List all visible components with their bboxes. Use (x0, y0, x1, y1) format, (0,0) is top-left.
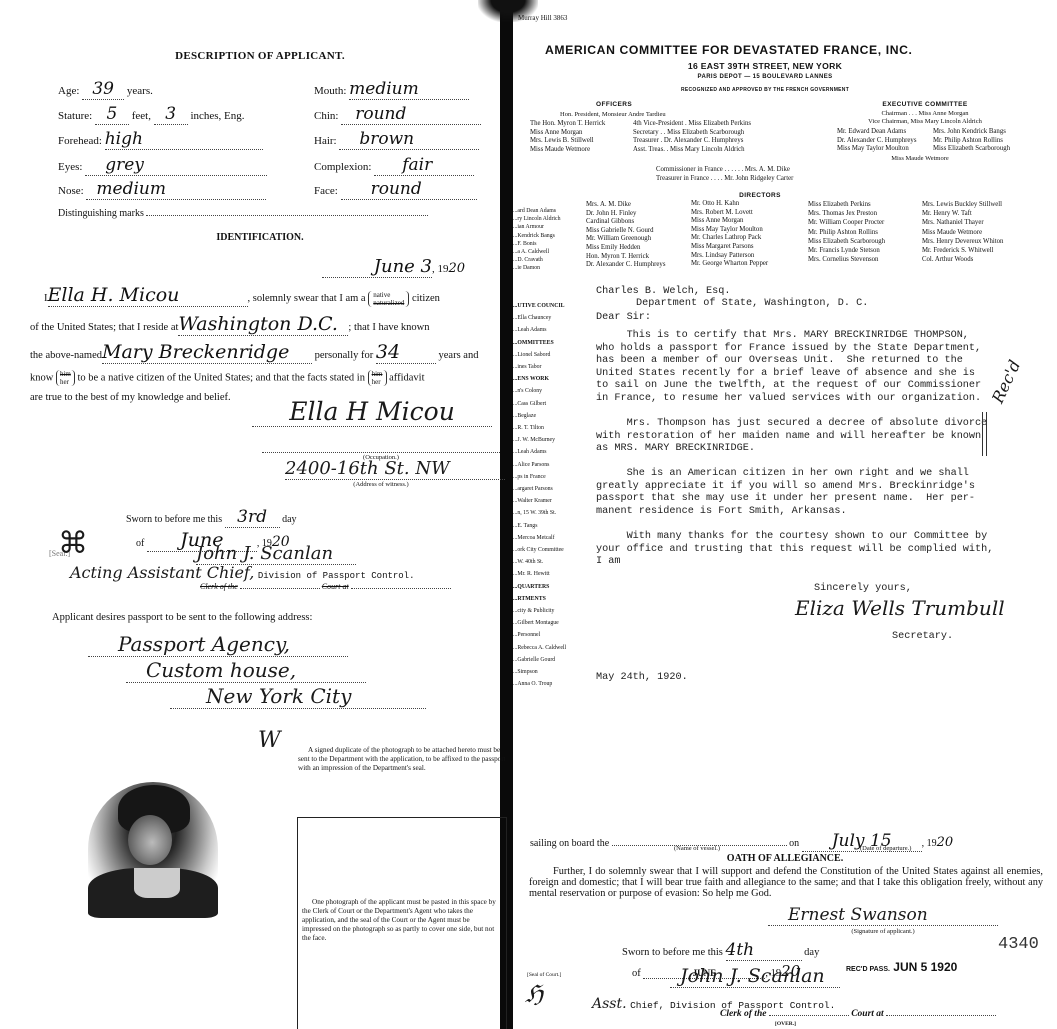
inches-label: inches, Eng. (190, 110, 244, 122)
directors-col-2: Mr. Otto H. Kahn Mrs. Robert M. Lovett M… (691, 200, 768, 269)
executive-member: Mr. Edward Dean Adams (837, 128, 916, 137)
description-title: DESCRIPTION OF APPLICANT. (40, 50, 480, 62)
departure-label: (Date of departure.) (860, 845, 911, 852)
oath-of-label: of (632, 968, 641, 979)
address-line-2: Custom house, (126, 658, 366, 683)
address-line-1: Passport Agency, (88, 632, 348, 657)
file-number: 4340 (998, 935, 1039, 954)
seal-initials: ℌ (525, 980, 543, 1008)
on-label: on (789, 838, 799, 849)
director-item: Cardinal Gibbons (586, 218, 665, 227)
letter-paragraph-3: She is an American citizen in her own ri… (596, 468, 975, 518)
identification-line-2: of the United States; that I reside atWa… (30, 313, 429, 336)
sidebar-heading: ...UTIVE COUNCIL (513, 300, 568, 312)
oath-sworn-text: Sworn to before me this (622, 947, 723, 958)
director-item: Mr. Frederick S. Whitwell (922, 246, 1003, 255)
director-item: Mrs. Nathaniel Thayer (922, 218, 1003, 227)
org-address: 16 EAST 39TH STREET, NEW YORK (540, 61, 990, 71)
sailing-text: sailing on board the (530, 838, 609, 849)
partial-name: ...ie Damon (513, 264, 563, 272)
director-item: Mr. Otto H. Kahn (691, 200, 768, 209)
officer-item: Mrs. Lewis B. Stillwell (530, 137, 605, 146)
commissioner-in-france: Commissioner in France . . . . . . Mrs. … (656, 166, 793, 175)
oath-court-at-label: Court at (851, 1009, 883, 1019)
sidebar-item: ...Beglaze (513, 410, 568, 422)
director-item: Miss Elizabeth Scarborough (808, 237, 885, 246)
photo-box-note: One photograph of the applicant must be … (302, 898, 498, 943)
witness-name: Ella H. Micou (48, 284, 248, 307)
director-item: Miss Emily Hedden (586, 244, 665, 253)
applicant-name: Mary Breckenridge (102, 341, 312, 364)
native-citizen-text: to be a native citizen of the United Sta… (77, 372, 365, 383)
officers-title: OFFICERS (596, 101, 632, 108)
partial-name: ...ard Dean Adams (513, 207, 563, 215)
directors-title: DIRECTORS (700, 192, 820, 199)
sidebar-heading: ...ENS WORK (513, 373, 568, 385)
officer-item: Asst. Treas. . Miss Mary Lincoln Aldrich (633, 146, 751, 155)
letter-signature: Eliza Wells Trumbull (795, 596, 1005, 620)
chin-label: Chin: (314, 110, 338, 122)
director-item: Mr. Philip Ashton Rollins (808, 228, 885, 237)
letter-addressee: Charles B. Welch, Esq. (596, 286, 731, 299)
age-value: 39 (82, 79, 124, 100)
officer-item: Treasurer . Dr. Alexander C. Humphreys (633, 137, 751, 146)
letter-paragraph-2: Mrs. Thompson has just secured a decree … (596, 418, 987, 456)
sidebar-item: ...Cass Gilbert (513, 398, 568, 410)
asst-label: Asst. (592, 996, 627, 1012)
her-option: her (60, 378, 69, 386)
mouth-label: Mouth: (314, 85, 346, 97)
officer-item: Secretary . . Miss Elizabeth Scarborough (633, 129, 751, 138)
age-suffix: years. (127, 85, 153, 97)
personally-for-label: personally for (315, 350, 374, 361)
photo-face (128, 815, 172, 865)
stature-inches-value: 3 (154, 104, 188, 125)
director-item: Miss Gabrielle N. Gourd (586, 227, 665, 236)
oath-clerk-label: Clerk of the (720, 1009, 766, 1019)
applicant-signature-label: (Signature of applicant.) (768, 928, 998, 935)
treasurer-in-france: Treasurer in France . . . . Mr. John Rid… (656, 175, 793, 184)
letter-paragraph-4: With many thanks for the courtesy shown … (596, 531, 993, 569)
sidebar-item: ...ps in France (513, 471, 568, 483)
sidebar-item: ...J. W. McBurney (513, 434, 568, 446)
executive-right-list: Mrs. John Kendrick Bangs Mr. Philip Asht… (933, 128, 1010, 154)
director-item: Dr. John H. Finley (586, 210, 665, 219)
official-title-handwritten: Acting Assistant Chief, (70, 563, 254, 582)
director-item: Mr. William Greenough (586, 235, 665, 244)
mouth-field: Mouth: medium (314, 79, 469, 100)
partial-name: ...Kendrick Bangs (513, 232, 563, 240)
chin-value: round (341, 104, 481, 125)
identification-line-4: know himher to be a native citizen of th… (30, 370, 425, 386)
recognized-line: RECOGNIZED AND APPROVED BY THE FRENCH GO… (540, 87, 990, 93)
director-item: Miss Anne Morgan (691, 217, 768, 226)
committee-sidebar: ...UTIVE COUNCIL ...Ella Chauncey ...Lea… (513, 300, 568, 691)
complexion-label: Complexion: (314, 161, 371, 173)
executive-committee-title: EXECUTIVE COMMITTEE (820, 101, 1030, 108)
director-item: Mrs. Robert M. Lovett (691, 209, 768, 218)
feet-label: feet, (132, 110, 151, 122)
oath-clerk-court (769, 1015, 849, 1016)
identification-date-value: June 3 (322, 256, 432, 278)
age-field: Age: 39 years. (58, 79, 153, 100)
executive-member: Miss Elizabeth Scarborough (933, 145, 1010, 154)
sidebar-item: ...ines Tabor (513, 361, 568, 373)
court-location (351, 588, 451, 589)
executive-last-member: Miss Maude Wetmore (820, 155, 1020, 162)
oath-seal-label: [Seal of Court.] (527, 972, 561, 978)
executive-vice-chairman: Vice Chairman, Miss Mary Lincoln Aldrich (820, 118, 1030, 125)
forehead-value: high (105, 129, 263, 150)
day-label: day (282, 514, 296, 525)
of-label: of (136, 538, 144, 549)
nose-field: Nose: medium (58, 179, 266, 200)
sidebar-item: ...city & Publicity (513, 605, 568, 617)
officers-right-list: 4th Vice-President . Miss Elizabeth Perk… (633, 120, 751, 154)
oath-day-label: day (804, 947, 819, 958)
sidebar-item: ...Leah Adams (513, 324, 568, 336)
forehead-label: Forehead: (58, 135, 102, 147)
director-item: Col. Arthur Woods (922, 255, 1003, 264)
chin-field: Chin: round (314, 104, 481, 125)
hair-field: Hair: brown (314, 129, 479, 150)
above-named-label: the above-named (30, 350, 102, 361)
court-at-label: Court at (322, 582, 349, 591)
handwritten-initial: W (258, 728, 281, 753)
nose-label: Nose: (58, 185, 84, 197)
sidebar-item: ...Rebecca A. Caldwell (513, 642, 568, 654)
partial-name: ...ian Armour (513, 223, 563, 231)
paris-depot: PARIS DEPOT — 15 BOULEVARD LANNES (540, 74, 990, 80)
stamp-prefix: REC'D PASS. (846, 966, 890, 973)
identification-line-1: IElla H. Micou, solemnly swear that I am… (44, 284, 440, 307)
official-title-row: Acting Assistant Chief, Division of Pass… (70, 563, 415, 582)
director-item: Miss May Taylor Moulton (691, 226, 768, 235)
sidebar-item: ...ork City Committee (513, 544, 568, 556)
officer-item: 4th Vice-President . Miss Elizabeth Perk… (633, 120, 751, 129)
phone-number: Murray Hill 3863 (518, 14, 567, 22)
director-item: Mr. George Wharton Pepper (691, 260, 768, 269)
face-value: round (341, 179, 477, 200)
distinguishing-marks-value (146, 215, 428, 216)
sidebar-item: ...n's Colony (513, 385, 568, 397)
clerk-row: Clerk of the Court at (200, 582, 451, 591)
director-item: Mrs. Lindsay Patterson (691, 252, 768, 261)
sidebar-item: ...E. Tangs (513, 520, 568, 532)
age-label: Age: (58, 85, 79, 97)
executive-member: Miss May Taylor Moulton (837, 145, 916, 154)
sidebar-heading: ...RTMENTS (513, 593, 568, 605)
director-item: Mrs. Lewis Buckley Stillwell (922, 200, 1003, 209)
occupation-line (262, 452, 500, 453)
hon-president: Hon. President, Monsieur Andre Tardieu (560, 111, 666, 118)
sidebar-heading: ...OMMITTEES (513, 337, 568, 349)
margin-note: Rec'd (988, 357, 1024, 406)
sidebar-item: ...Simpson (513, 666, 568, 678)
director-item: Mrs. Cornelius Stevenson (808, 255, 885, 264)
photo-duplicate-note: A signed duplicate of the photograph to … (298, 746, 508, 773)
partial-name: ...D. Cravath (513, 256, 563, 264)
officer-item: The Hon. Myron T. Herrick (530, 120, 605, 129)
swear-text: , solemnly swear that I am a (248, 293, 366, 304)
identification-line-5: are true to the best of my knowledge and… (30, 392, 231, 403)
official-signature: John J. Scanlan (196, 543, 356, 565)
affidavit-him-her-choice: himher (368, 370, 387, 386)
oath-sworn-day-row: Sworn to before me this 4th day (622, 940, 819, 961)
officers-france: Commissioner in France . . . . . . Mrs. … (656, 166, 793, 183)
letter-closing: Sincerely yours, (814, 583, 912, 596)
sidebar-item: ...Ella Chauncey (513, 312, 568, 324)
citizen-label: citizen (412, 293, 440, 304)
identification-line-3: the above-namedMary Breckenridge persona… (30, 341, 478, 364)
face-field: Face: round (314, 179, 477, 200)
org-name: AMERICAN COMMITTEE FOR DEVASTATED FRANCE… (545, 43, 912, 57)
sidebar-item: ...Lionel Sabord (513, 349, 568, 361)
sworn-day-row: Sworn to before me this 3rd day (126, 507, 297, 528)
applicant-signature: Ernest Swanson (768, 905, 998, 926)
nose-value: medium (86, 179, 266, 200)
sidebar-item: ...n, 15 W. 39th St. (513, 507, 568, 519)
address-label: Applicant desires passport to be sent to… (52, 612, 312, 623)
director-item: Mr. Francis Lynde Stetson (808, 246, 885, 255)
identification-date: June 3, 1920 (322, 256, 465, 278)
clerk-of-the-label: Clerk of the (200, 582, 238, 591)
affidavit-label: affidavit (389, 372, 424, 383)
sidebar-item: ...Gilbert Montague (513, 617, 568, 629)
officer-item: Miss Anne Morgan (530, 129, 605, 138)
oath-title: OATH OF ALLEGIANCE. (520, 853, 1050, 864)
division-label: Division of Passport Control. (258, 571, 415, 581)
have-known-label: ; that I have known (348, 322, 429, 333)
partial-name: ...F. Bonis (513, 240, 563, 248)
face-label: Face: (314, 185, 338, 197)
letter-department: Department of State, Washington, D. C. (636, 298, 868, 311)
margin-brackets (982, 412, 987, 456)
departure-year: 20 (937, 835, 954, 850)
director-item: Mr. Henry W. Taft (922, 209, 1003, 218)
distinguishing-marks-field: Distinguishing marks (58, 208, 428, 219)
sidebar-item: ...Leah Adams (513, 446, 568, 458)
directors-col-1: Mrs. A. M. Dike Dr. John H. Finley Cardi… (586, 201, 665, 270)
hair-label: Hair: (314, 135, 337, 147)
sidebar-item: ...Mercoa Metcalf (513, 532, 568, 544)
clerk-court-name (240, 588, 320, 589)
directors-col-4: Mrs. Lewis Buckley Stillwell Mr. Henry W… (922, 200, 1003, 264)
executive-chairman: Chairman . . . Miss Anne Morgan (820, 110, 1030, 117)
forehead-field: Forehead: high (58, 129, 263, 150)
directors-col-3: Miss Elizabeth Perkins Mrs. Thomas Jex P… (808, 200, 885, 264)
oath-clerk-row: Clerk of the Court at (720, 1009, 996, 1019)
sidebar-item: ...argaret Parsons (513, 483, 568, 495)
executive-member: Mr. Philip Ashton Rollins (933, 137, 1010, 146)
director-item: Mr. Charles Lathrop Pack (691, 234, 768, 243)
identification-year: 20 (449, 261, 466, 276)
stature-feet-value: 5 (95, 104, 129, 125)
director-item: Mrs. A. M. Dike (586, 201, 665, 210)
directors-left-partial: ...ard Dean Adams ...ry Lincoln Aldrich … (513, 207, 563, 273)
identification-title: IDENTIFICATION. (40, 232, 480, 243)
her-option: her (372, 378, 381, 386)
know-label: know (30, 372, 53, 383)
executive-left-list: Mr. Edward Dean Adams Dr. Alexander C. H… (837, 128, 916, 154)
witness-residence: Washington D.C. (178, 313, 348, 336)
years-and-label: years and (439, 350, 479, 361)
photo-neckline (134, 868, 180, 898)
director-item: Mrs. Henry Devereux Whiton (922, 237, 1003, 246)
stature-label: Stature: (58, 110, 92, 122)
sidebar-item: ...Walter Kramer (513, 495, 568, 507)
year-prefix: , 19 (432, 263, 449, 275)
stature-field: Stature: 5 feet, 3 inches, Eng. (58, 104, 245, 125)
sidebar-item: ...Mr. R. Hewitt (513, 568, 568, 580)
eyes-label: Eyes: (58, 161, 82, 173)
him-option: him (372, 370, 383, 378)
oath-day-value: 4th (726, 940, 802, 961)
mouth-value: medium (349, 79, 469, 100)
partial-name: ...a A. Caldwell (513, 248, 563, 256)
letter-signer-title: Secretary. (892, 631, 953, 644)
citizenship-choice: nativenaturalized (368, 291, 409, 307)
naturalized-option: naturalized (373, 299, 404, 307)
sidebar-item: ...Anna O. Troup (513, 678, 568, 690)
him-option: him (60, 370, 71, 378)
director-item: Hon. Myron T. Herrick (586, 253, 665, 262)
letter-salutation: Dear Sir: (596, 312, 651, 325)
sidebar-item: ...Personnel (513, 629, 568, 641)
complexion-value: fair (374, 155, 474, 176)
sidebar-item: ...W. 40th St. (513, 556, 568, 568)
distinguishing-marks-label: Distinguishing marks (58, 208, 144, 219)
director-item: Mr. William Cooper Procter (808, 218, 885, 227)
sworn-day-value: 3rd (225, 507, 280, 528)
vessel-label: (Name of vessel.) (674, 845, 720, 852)
officers-left-list: The Hon. Myron T. Herrick Miss Anne Morg… (530, 120, 605, 154)
executive-member: Mrs. John Kendrick Bangs (933, 128, 1010, 137)
sidebar-item: ...R. T. Tilton (513, 422, 568, 434)
director-item: Mrs. Thomas Jex Preston (808, 209, 885, 218)
native-option: native (373, 291, 390, 299)
stamp-date: JUN 5 1920 (893, 960, 957, 974)
letter-paragraph-1: This is to certify that Mrs. MARY BRECKI… (596, 330, 981, 405)
eyes-value: grey (85, 155, 267, 176)
executive-member: Dr. Alexander C. Humphreys (837, 137, 916, 146)
eyes-field: Eyes: grey (58, 155, 267, 176)
address-line-3: New York City (170, 684, 426, 709)
hair-value: brown (339, 129, 479, 150)
over-label: [OVER.] (775, 1021, 796, 1027)
officer-item: Miss Maude Wetmore (530, 146, 605, 155)
him-her-choice: himher (56, 370, 75, 386)
partial-name: ...ry Lincoln Aldrich (513, 215, 563, 223)
director-item: Miss Elizabeth Perkins (808, 200, 885, 209)
complexion-field: Complexion: fair (314, 155, 474, 176)
sidebar-item: ...Gabrielle Gourd (513, 654, 568, 666)
oath-official-signature: John J. Scanlan (670, 965, 840, 988)
sidebar-heading: ...QUARTERS (513, 581, 568, 593)
oath-text: Further, I do solemnly swear that I will… (529, 866, 1043, 899)
witness-address: 2400-16th St. NW (285, 458, 505, 480)
initials-mark: ⌘ (58, 526, 88, 561)
oath-court-location (886, 1015, 996, 1016)
director-item: Miss Maude Wetmore (922, 228, 1003, 237)
witness-signature: Ella H Micou (252, 397, 492, 427)
received-stamp: REC'D PASS. JUN 5 1920 (846, 960, 957, 974)
director-item: Miss Margaret Parsons (691, 243, 768, 252)
sworn-text: Sworn to before me this (126, 514, 222, 525)
witness-address-label: (Address of witness.) (262, 481, 500, 488)
director-item: Dr. Alexander C. Humphreys (586, 261, 665, 270)
years-known-value: 34 (376, 341, 436, 364)
letter-date: May 24th, 1920. (596, 672, 688, 685)
year-prefix: , 19 (922, 838, 937, 849)
sidebar-item: ...Alice Parsons (513, 459, 568, 471)
reside-label: of the United States; that I reside at (30, 322, 178, 333)
